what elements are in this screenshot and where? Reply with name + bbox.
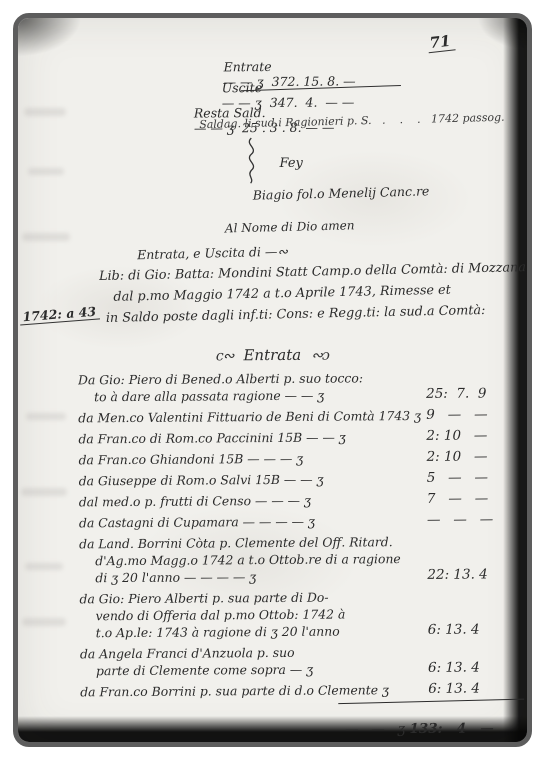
total-amount: 133: 4 — xyxy=(409,720,493,737)
entrata-ledger: Da Gio: Piero di Bened.o Alberti p. suo … xyxy=(78,368,532,700)
invocation-line: Al Nome di Dio amen xyxy=(225,218,355,235)
entry-amount: 2: 10 — xyxy=(426,427,530,445)
right-flourish: ∾ɔ xyxy=(301,348,339,364)
entry-text: da Giuseppe di Rom.o Salvi 15B — — ʒ xyxy=(79,470,423,489)
ledger-row: dal med.o p. frutti di Censo — — — ʒ 7 —… xyxy=(79,490,531,510)
entry-amount: 25: 7. 9 xyxy=(426,385,530,403)
entry-text: da Fran.co Ghiandoni 15B — — — ʒ xyxy=(78,449,422,468)
entry-amount: 6: 13. 4 xyxy=(428,621,532,639)
entry-text: to à dare alla passata ragione — — ʒ xyxy=(78,386,422,405)
ledger-row: da Fran.co di Rom.co Paccinini 15B — — ʒ… xyxy=(78,427,530,447)
ledger-row: da Fran.co Ghiandoni 15B — — — ʒ 2: 10 — xyxy=(78,448,530,468)
page-total: — — ʒ 133: 4 — xyxy=(310,704,494,747)
ledger-row: da Castagni di Cupamara — — — — ʒ — — — xyxy=(79,511,531,531)
entry-amount: 6: 13. 4 xyxy=(428,659,532,677)
entry-text: da Men.co Valentini Fittuario de Beni di… xyxy=(78,407,422,426)
entry-amount: 2: 10 — xyxy=(426,448,530,466)
entry-text: da Fran.co di Rom.co Paccinini 15B — — ʒ xyxy=(78,428,422,447)
photo-frame: 71 Entrate — — ʒ 372. 15. 8. — Uscite — … xyxy=(13,13,532,747)
handwritten-content: 71 Entrate — — ʒ 372. 15. 8. — Uscite — … xyxy=(15,16,529,744)
entry-text: d'Ag.mo Magg.o 1742 a t.o Ottob.re di a … xyxy=(79,550,423,569)
left-flourish: c∾ xyxy=(206,348,244,364)
total-dashes: — — ʒ xyxy=(345,721,410,737)
entry-text: di ʒ 20 l'anno — — — — ʒ xyxy=(79,567,423,586)
entry-text: da Castagni di Cupamara — — — — ʒ xyxy=(79,512,423,531)
entry-text: parte di Clemente come sopra — ʒ xyxy=(80,660,424,679)
section-title: Entrata xyxy=(243,346,301,364)
entry-text: t.o Ap.le: 1743 à ragione di ʒ 20 l'anno xyxy=(80,622,424,641)
entry-amount: 9 — — xyxy=(426,406,530,424)
account-description: Lib: di Gio: Batta: Mondini Statt Camp.o… xyxy=(85,257,522,329)
total-rule-line xyxy=(338,699,524,705)
ledger-row: da Land. Borrini Còta p. Clemente del Of… xyxy=(79,532,531,586)
notary-signature: Biagio fol.o Menelij Canc.re xyxy=(253,183,430,202)
ink-flourish xyxy=(242,136,260,184)
ledger-row: da Angela Franci d'Anzuola p. suo parte … xyxy=(80,642,532,679)
ledger-row: da Men.co Valentini Fittuario de Beni di… xyxy=(78,406,530,426)
ledger-row: da Giuseppe di Rom.o Salvi 15B — — ʒ 5 —… xyxy=(79,469,531,489)
entry-amount: 5 — — xyxy=(427,469,531,487)
page-number: 71 xyxy=(427,31,456,53)
ledger-row: Da Gio: Piero di Bened.o Alberti p. suo … xyxy=(78,368,530,405)
entry-amount: — — — xyxy=(427,511,531,529)
scanned-manuscript-screenshot: { "page": { "number": "71" }, "summary":… xyxy=(0,0,548,760)
attestation-fey: Fey xyxy=(279,156,302,171)
entry-text: da Fran.co Borrini p. sua parte di d.o C… xyxy=(80,681,424,700)
account-subtitle: Entrata, e Uscita di —∾ xyxy=(137,244,288,263)
entry-text: dal med.o p. frutti di Censo — — — ʒ xyxy=(79,491,423,510)
entry-amount: 7 — — xyxy=(427,490,531,508)
entry-amount: 22: 13. 4 xyxy=(427,566,531,584)
entry-amount: 6: 13. 4 xyxy=(428,680,532,698)
ledger-row: da Fran.co Borrini p. sua parte di d.o C… xyxy=(80,680,532,700)
manuscript-page: 71 Entrate — — ʒ 372. 15. 8. — Uscite — … xyxy=(18,18,527,742)
ledger-row: da Gio: Piero Alberti p. sua parte di Do… xyxy=(79,587,531,641)
section-header-entrata: c∾Entrata∾ɔ xyxy=(18,344,527,366)
